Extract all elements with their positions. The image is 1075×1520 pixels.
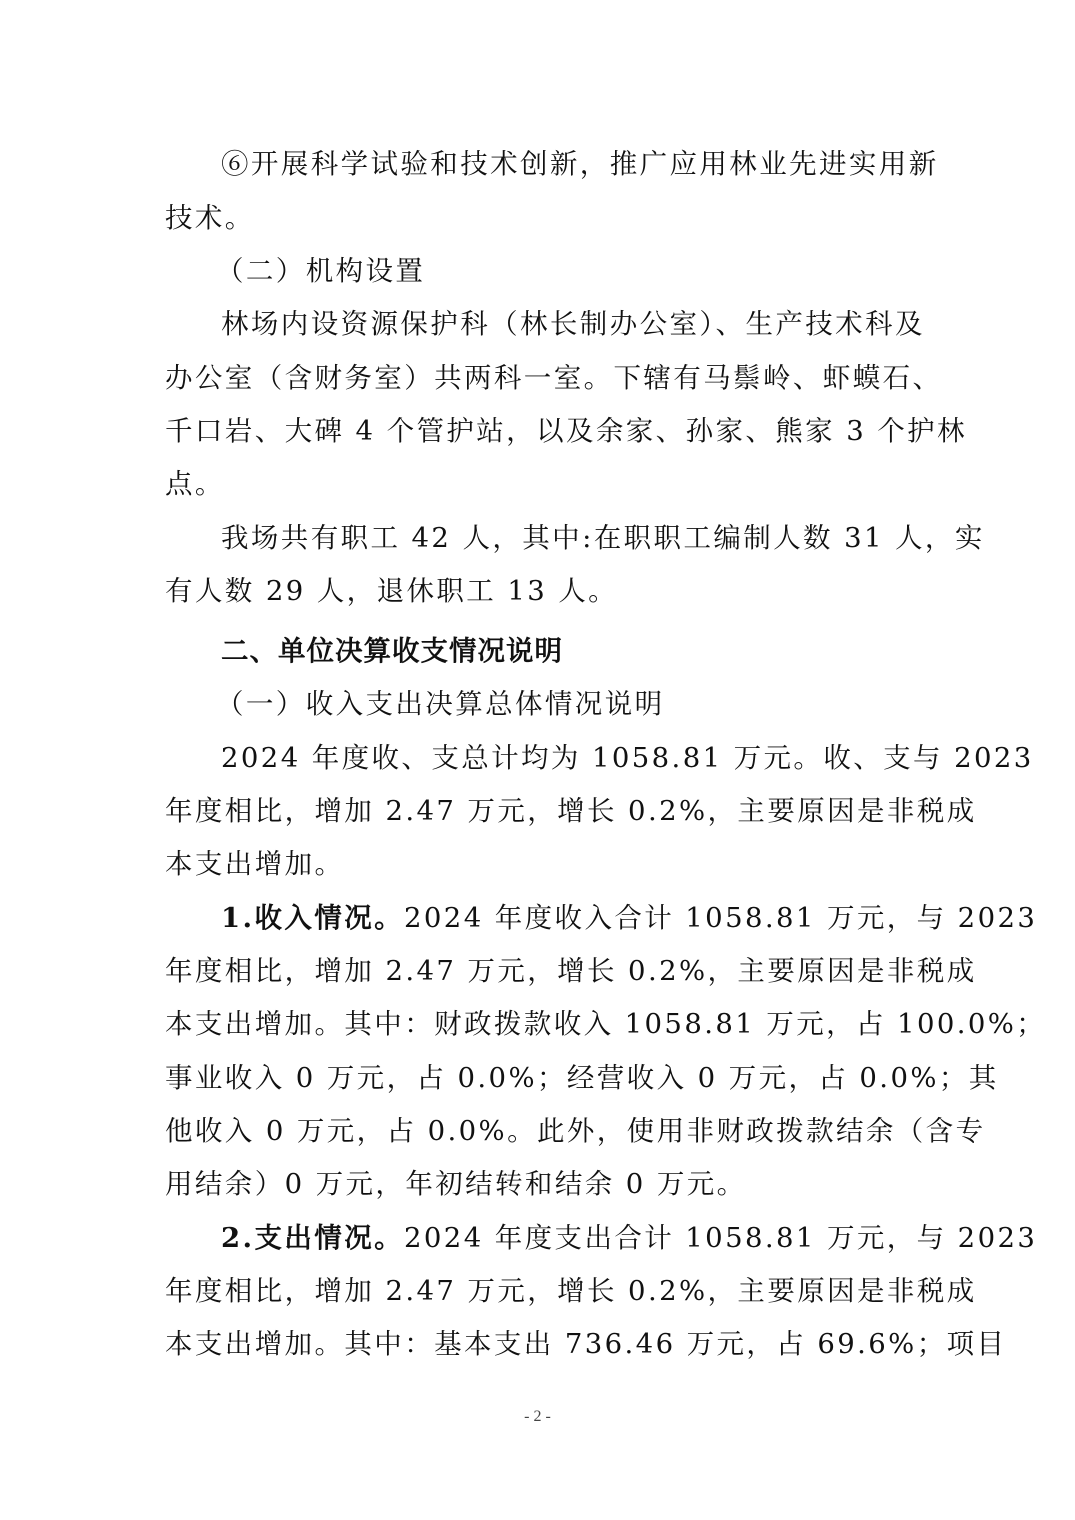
income-lead: 1.收入情况。: [221, 902, 404, 934]
overview-line2: 年度相比，增加 2.47 万元，增长 0.2%，主要原因是非税成: [165, 793, 915, 829]
staff-paragraph-line2: 有人数 29 人，退休职工 13 人。: [165, 573, 618, 609]
expense-line1-rest: 2024 年度支出合计 1058.81 万元，与 2023: [404, 1222, 1037, 1254]
sub-heading: （一）收入支出决算总体情况说明: [216, 686, 665, 722]
org-paragraph-line2: 办公室（含财务室）共两科一室。下辖有马鬃岭、虾蟆石、: [165, 360, 915, 396]
overview-line3: 本支出增加。: [165, 846, 344, 882]
income-line6: 用结余）0 万元，年初结转和结余 0 万元。: [165, 1166, 747, 1202]
item6-line2: 技术。: [165, 200, 255, 236]
main-heading: 二、单位决算收支情况说明: [221, 633, 563, 669]
org-heading: （二）机构设置: [216, 253, 425, 289]
page-number: - 2 -: [0, 1408, 1075, 1426]
expense-line2: 年度相比，增加 2.47 万元，增长 0.2%，主要原因是非税成: [165, 1273, 915, 1309]
overview-line1: 2024 年度收、支总计均为 1058.81 万元。收、支与 2023: [221, 740, 915, 776]
item6-line1: ⑥开展科学试验和技术创新，推广应用林业先进实用新: [221, 146, 915, 182]
expense-lead: 2.支出情况。: [221, 1222, 404, 1254]
income-line3: 本支出增加。其中：财政拨款收入 1058.81 万元，占 100.0%；: [165, 1006, 915, 1042]
income-line5: 他收入 0 万元，占 0.0%。此外，使用非财政拨款结余（含专: [165, 1113, 915, 1149]
expense-line3: 本支出增加。其中：基本支出 736.46 万元，占 69.6%；项目: [165, 1326, 915, 1362]
income-line1: 1.收入情况。2024 年度收入合计 1058.81 万元，与 2023: [221, 900, 915, 936]
income-line2: 年度相比，增加 2.47 万元，增长 0.2%，主要原因是非税成: [165, 953, 915, 989]
income-line1-rest: 2024 年度收入合计 1058.81 万元，与 2023: [404, 902, 1037, 934]
org-paragraph-line1: 林场内设资源保护科（林长制办公室）、生产技术科及: [221, 306, 915, 342]
income-line4: 事业收入 0 万元，占 0.0%；经营收入 0 万元，占 0.0%；其: [165, 1060, 915, 1096]
expense-line1: 2.支出情况。2024 年度支出合计 1058.81 万元，与 2023: [221, 1220, 915, 1256]
staff-paragraph-line1: 我场共有职工 42 人，其中:在职职工编制人数 31 人，实: [221, 520, 915, 556]
org-paragraph-line4: 点。: [165, 466, 225, 502]
document-page: ⑥开展科学试验和技术创新，推广应用林业先进实用新 技术。 （二）机构设置 林场内…: [0, 0, 1075, 1520]
org-paragraph-line3: 千口岩、大碑 4 个管护站，以及余家、孙家、熊家 3 个护林: [165, 413, 915, 449]
